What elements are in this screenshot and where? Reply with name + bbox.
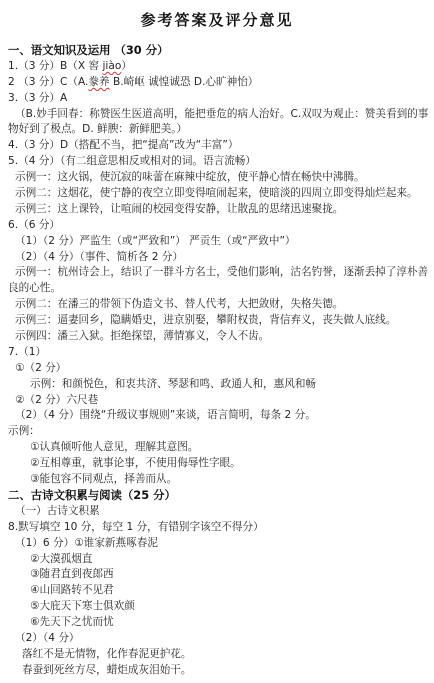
answer-line: （1）（2 分）严监生（或“严致和”） 严贡生（或“严致中”） (0, 234, 434, 250)
explanation-line: （B.妙手回春：称赞医生医道高明，能把垂危的病人治好。C.双叹为观止：赞美看到的… (0, 107, 434, 123)
example-line: 示例二：在潘三的带领下伪造文书、替人代考，大把敛财，失格失德。 (0, 297, 434, 313)
section-heading: 一、语文知识及运用 （30 分） (0, 43, 434, 59)
subsection-heading: （一）古诗文积累 (0, 504, 434, 520)
example-line: 示例：和颜悦色，和衷共济、琴瑟和鸣、政通人和，惠风和畅 (0, 377, 434, 393)
document-body: 一、语文知识及运用 （30 分）1.（3 分）B（X 窖 jiào）2 （3 分… (0, 43, 434, 679)
poem-answer-line: ②大漠孤烟直 (0, 552, 434, 568)
text-segment: B.崎岖 诚惶诚恐 D.心旷神怡） (110, 76, 259, 88)
answer-line: ①（2 分） (0, 361, 434, 377)
text-segment: ） (121, 60, 132, 72)
answer-line: 6.（6 分） (0, 218, 434, 234)
example-line: 示例一：杭州诗会上，结识了一群斗方名士，受他们影响，沽名钓誉，逐渐丢掉了淳朴善 (0, 265, 434, 281)
example-line: ③能包容不同观点，择善而从。 (0, 472, 434, 488)
spellcheck-squiggle-text: jiào (102, 60, 121, 72)
poem-answer-line: 落红不是无情物，化作春泥更护花。 (0, 647, 434, 663)
example-line: 示例三：逼妻回乡，隐瞒婚史，进京别娶，攀附权贵，背信弃义，丧失做人底线。 (0, 313, 434, 329)
answer-line: 7.（1） (0, 345, 434, 361)
spellcheck-squiggle-text: 豢养 (88, 76, 109, 88)
answer-line: （2）（4 分）（事件、简析各 2 分） (0, 250, 434, 266)
poem-answer-line: 春蚕到死丝方尽，蜡炬成灰泪始干。 (0, 663, 434, 679)
poem-answer-line: ⑤大庇天下寒士俱欢颜 (0, 599, 434, 615)
document-page: 参考答案及评分意见 一、语文知识及运用 （30 分）1.（3 分）B（X 窖 j… (0, 0, 434, 683)
example-line: ②互相尊重，就事论事，不使用侮辱性字眼。 (0, 456, 434, 472)
example-label-line: 示例： (0, 424, 434, 440)
answer-line: 1.（3 分）B（X 窖 jiào） (0, 59, 434, 75)
answer-line: （2）（4 分） (0, 631, 434, 647)
text-segment: 2 （3 分）C（A. (8, 76, 88, 88)
poem-answer-line: ⑥先天下之忧而忧 (0, 615, 434, 631)
example-line: 示例三：这上课铃，让喧闹的校园变得安静，让散乱的思绪迅速聚拢。 (0, 202, 434, 218)
answer-line: 8.默写填空 10 分，每空 1 分，有错别字该空不得分） (0, 520, 434, 536)
section-heading: 二、古诗文积累与阅读（25 分） (0, 488, 434, 504)
answer-line: 4.（3 分）D（搭配不当，把“提高”改为“丰富”） (0, 138, 434, 154)
example-line: 良的心性。 (0, 281, 434, 297)
explanation-line: 物好到了极点。D. 鲜腴：新鲜肥美。） (0, 122, 434, 138)
poem-answer-line: ④山回路转不见君 (0, 583, 434, 599)
text-segment: 1.（3 分）B（X 窖 (8, 60, 102, 72)
page-title: 参考答案及评分意见 (0, 0, 434, 30)
example-line: 示例二：这烟花，使宁静的夜空立即变得喧闹起来，使暗淡的四周立即变得灿烂起来。 (0, 186, 434, 202)
answer-line: 3.（3 分）A (0, 91, 434, 107)
answer-line: 2 （3 分）C（A.豢养 B.崎岖 诚惶诚恐 D.心旷神怡） (0, 75, 434, 91)
example-line: 示例一：这火锅，使沉寂的味蕾在麻辣中绽放，使平静心情在畅快中沸腾。 (0, 170, 434, 186)
example-line: 示例四：潘三入狱。拒绝探望，薄情寡义，令人不齿。 (0, 329, 434, 345)
poem-answer-line: （1）6 分）①谁家新燕啄春泥 (0, 536, 434, 552)
example-line: ①认真倾听他人意见，理解其意图。 (0, 440, 434, 456)
answer-line: （2）（4 分）围绕“升级议事规则”来谈，语言简明，每条 2 分。 (0, 408, 434, 424)
answer-line: 5.（4 分）（有二组意思相反或相对的词。语言流畅） (0, 154, 434, 170)
poem-answer-line: ③随君直到夜郎西 (0, 567, 434, 583)
answer-line: ②（2 分）六尺巷 (0, 393, 434, 409)
